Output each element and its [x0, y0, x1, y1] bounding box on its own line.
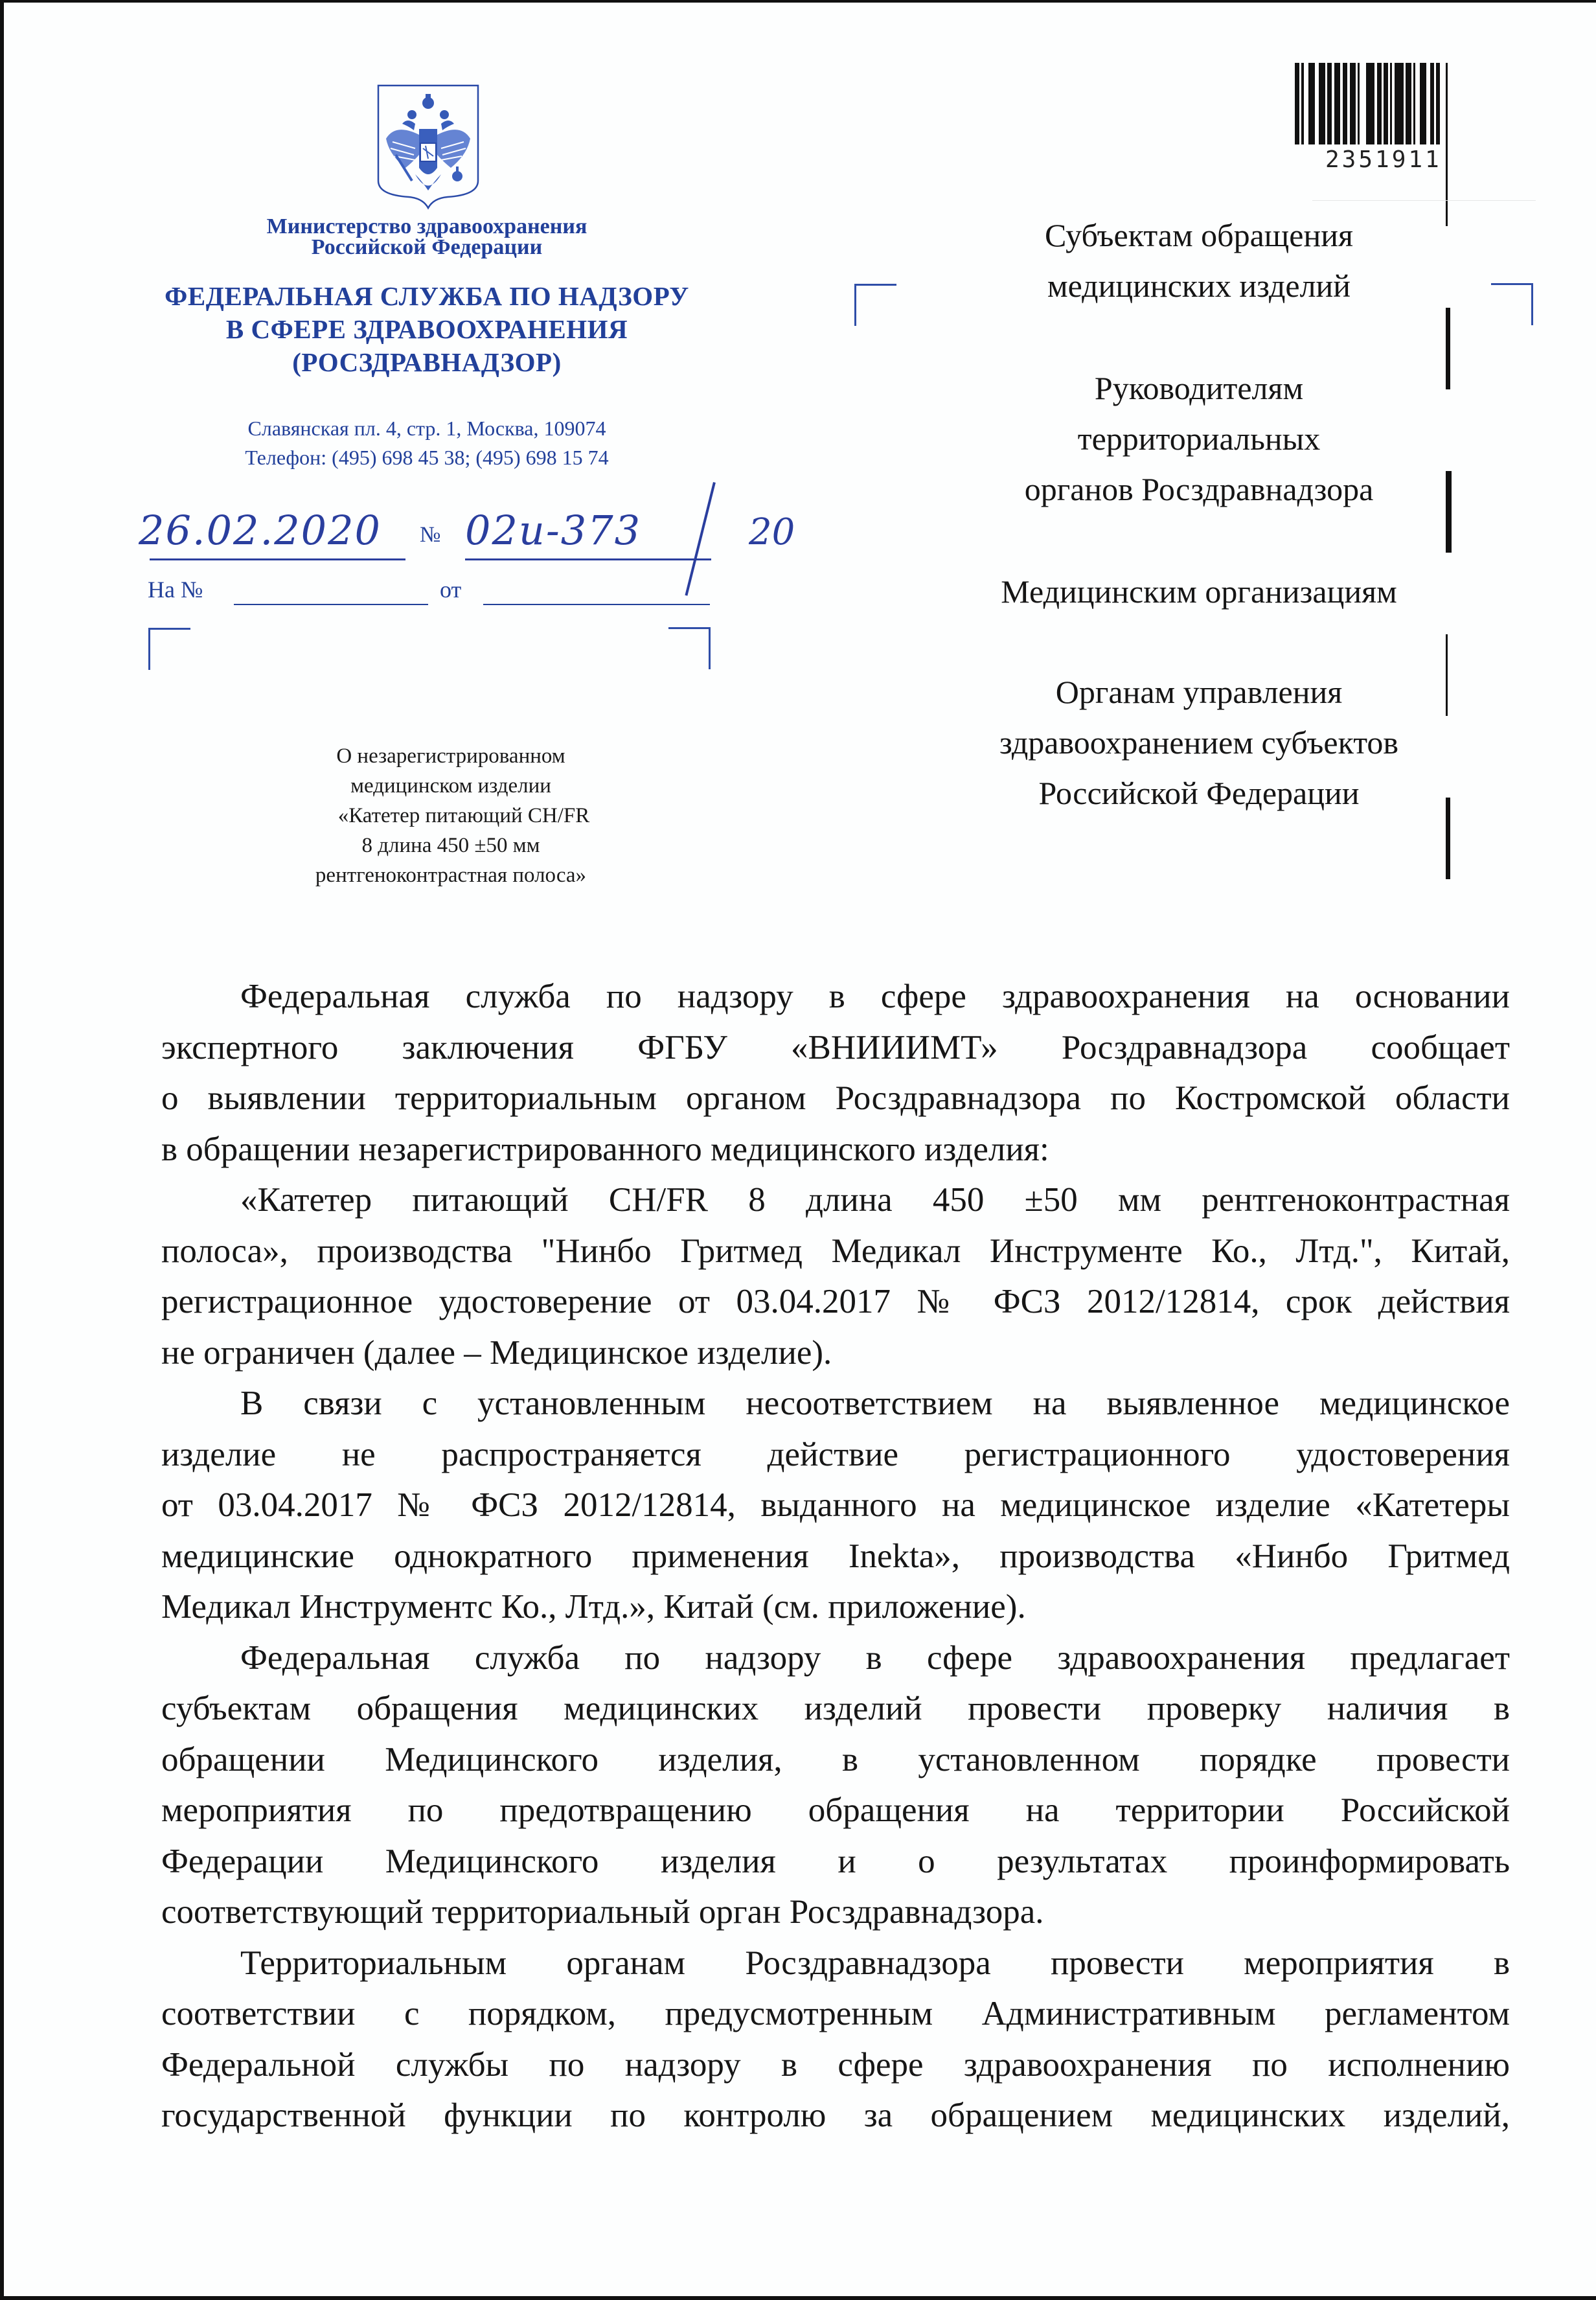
addressee-line: Российской Федерации	[898, 768, 1500, 818]
body-line: не ограничен (далее – Медицинское издели…	[161, 1328, 1510, 1379]
body-line: Федеральная служба по надзору в сфере зд…	[161, 1633, 1510, 1684]
service-address: Славянская пл. 4, стр. 1, Москва, 109074…	[168, 414, 686, 472]
body-line: регистрационное удостоверение от 03.04.2…	[161, 1276, 1510, 1328]
russian-coat-of-arms-icon	[376, 84, 480, 210]
addressee-line: Органам управления	[898, 667, 1500, 717]
body-line: «Катетер питающий CH/FR 8 длина 450 ±50 …	[161, 1175, 1510, 1226]
reply-to-label: На №	[148, 576, 203, 603]
body-line: соответствии с порядком, предусмотренным…	[161, 1988, 1510, 2040]
registration-suffix: 20	[749, 511, 795, 553]
subject-bracket-right	[668, 627, 711, 669]
registration-number: 02и-373	[465, 507, 641, 554]
registration-number-label: №	[420, 523, 440, 547]
registration-number-underline	[465, 558, 711, 560]
addressee-line: территориальных	[898, 413, 1500, 464]
addressee-group: Органам управления здравоохранением субъ…	[898, 667, 1500, 818]
letter-body: Федеральная служба по надзору в сфере зд…	[161, 971, 1510, 2141]
ministry-line: Министерство здравоохранения	[168, 216, 686, 237]
registration-slash	[685, 482, 715, 596]
body-line: полоса», производства "Нинбо Гритмед Мед…	[161, 1226, 1510, 1277]
registration-date: 26.02.2020	[139, 507, 382, 554]
addressee-line: здравоохранением субъектов	[898, 717, 1500, 768]
body-line: изделие не распространяется действие рег…	[161, 1429, 1510, 1480]
addressee-group: Руководителям территориальных органов Ро…	[898, 363, 1500, 514]
body-line: В связи с установленным несоответствием …	[161, 1378, 1510, 1429]
ministry-name: Министерство здравоохранения Российской …	[168, 216, 686, 258]
ministry-line: Российской Федерации	[168, 237, 686, 258]
addressee-line: органов Росздравнадзора	[898, 464, 1500, 514]
letter-subject: О незарегистрированном медицинском издел…	[250, 741, 652, 890]
body-line: государственной функции по контролю за о…	[161, 2090, 1510, 2141]
addressee-line: медицинских изделий	[898, 260, 1500, 311]
body-line: о выявлении территориальным органом Росз…	[161, 1073, 1510, 1124]
service-name: ФЕДЕРАЛЬНАЯ СЛУЖБА ПО НАДЗОРУ В СФЕРЕ ЗД…	[135, 280, 718, 379]
barcode-number: 2351911	[1325, 146, 1442, 173]
subject-line: 8 длина 450 ±50 мм	[250, 831, 652, 860]
addressee-line: Руководителям	[898, 363, 1500, 413]
body-line: соответствующий территориальный орган Ро…	[161, 1887, 1510, 1938]
barcode-divider	[1312, 200, 1536, 201]
body-line: медицинские однократного применения Inek…	[161, 1531, 1510, 1582]
body-line: экспертного заключения ФГБУ «ВНИИИМТ» Ро…	[161, 1022, 1510, 1074]
body-line: мероприятия по предотвращению обращения …	[161, 1785, 1510, 1836]
body-line: Федеральная служба по надзору в сфере зд…	[161, 971, 1510, 1022]
service-line: В СФЕРЕ ЗДРАВООХРАНЕНИЯ	[135, 313, 718, 346]
body-line: в обращении незарегистрированного медици…	[161, 1124, 1510, 1175]
body-line: обращении Медицинского изделия, в устано…	[161, 1734, 1510, 1786]
subject-bracket-left	[148, 628, 190, 670]
address-line: Телефон: (495) 698 45 38; (495) 698 15 7…	[168, 443, 686, 472]
body-line: от 03.04.2017 № ФСЗ 2012/12814, выданног…	[161, 1480, 1510, 1531]
body-line: Территориальным органам Росздравнадзора …	[161, 1938, 1510, 1989]
barcode	[1295, 63, 1489, 144]
body-line: Федеральной службы по надзору в сфере зд…	[161, 2040, 1510, 2091]
letter-page: Министерство здравоохранения Российской …	[0, 0, 1596, 2300]
service-line: (РОСЗДРАВНАДЗОР)	[135, 346, 718, 379]
body-line: Федерации Медицинского изделия и о резул…	[161, 1836, 1510, 1887]
address-line: Славянская пл. 4, стр. 1, Москва, 109074	[168, 414, 686, 443]
addressee-line: Субъектам обращения	[898, 210, 1500, 260]
addressee-line: Медицинским организациям	[898, 566, 1500, 617]
addressee-group: Субъектам обращения медицинских изделий	[898, 210, 1500, 311]
subject-line: медицинском изделии	[250, 771, 652, 801]
subject-line: «Катетер питающий CH/FR	[250, 801, 652, 831]
from-label: от	[440, 576, 461, 603]
reply-to-field	[234, 604, 428, 605]
registration-date-underline	[150, 558, 405, 560]
subject-line: рентгеноконтрастная полоса»	[250, 860, 652, 890]
body-line: Медикал Инструментс Ко., Лтд.», Китай (с…	[161, 1581, 1510, 1633]
body-line: субъектам обращения медицинских изделий …	[161, 1683, 1510, 1734]
addressee-group: Медицинским организациям	[898, 566, 1500, 617]
service-line: ФЕДЕРАЛЬНАЯ СЛУЖБА ПО НАДЗОРУ	[135, 280, 718, 313]
subject-line: О незарегистрированном	[250, 741, 652, 771]
addressee-bracket-left	[854, 284, 896, 326]
from-date-field	[483, 604, 710, 605]
